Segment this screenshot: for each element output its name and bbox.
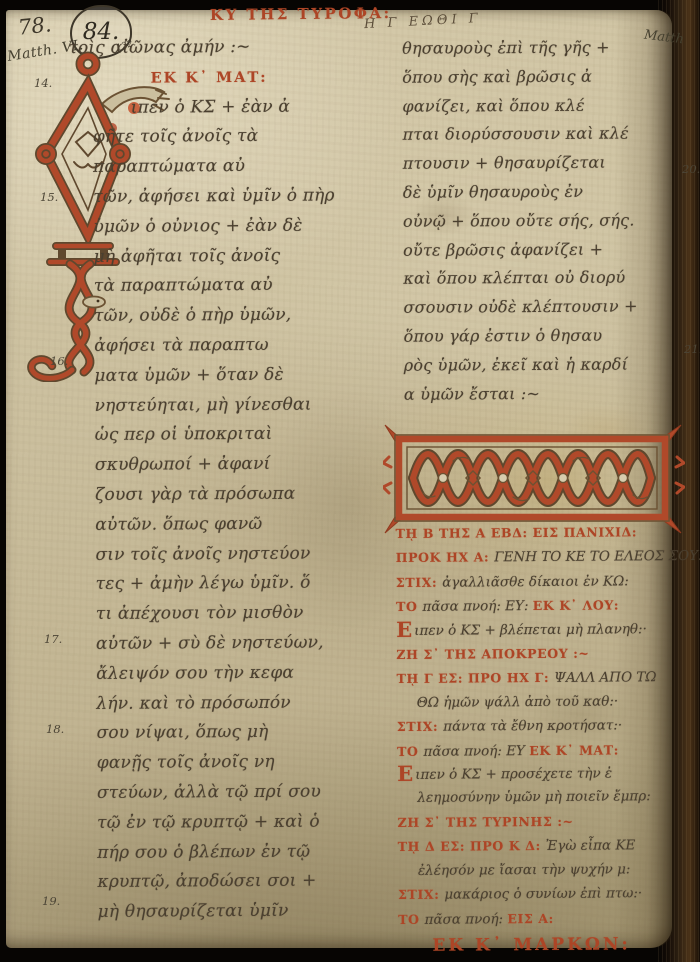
text-segment: ΕΚ Κ᾽ ΛΟΥ:	[533, 598, 619, 614]
text-line: ΕΚ Κ᾽ ΜΑΡΚΩΝ:	[398, 933, 686, 959]
right-column-lines: θησαυροὺς ἐπὶ τῆς γῆς +ὅπου σὴς καὶ βρῶσ…	[402, 33, 676, 409]
verse-number: 21.	[684, 342, 700, 356]
text-line: σσουσιν οὐδὲ κλέπτουσιν +	[403, 292, 675, 322]
text-segment: φανῇς τοῖς ἀνοῖς νη	[97, 752, 275, 773]
text-segment: δὲ ὑμῖν θησαυροὺς ἐν	[403, 182, 583, 202]
text-segment: ΣΤΙΧ:	[396, 574, 442, 589]
text-segment: σσουσιν οὐδὲ κλέπτουσιν +	[403, 297, 637, 317]
text-segment: ΕΚ Κ᾽ ΜΑΡΚΩΝ:	[432, 934, 630, 955]
text-segment: μακάριος ὁ συνίων ἐπὶ πτω:·	[444, 885, 642, 902]
text-line: σκυθρωποί + ἀφανί	[95, 449, 395, 481]
text-segment: καὶ ὅπου κλέπται οὐ διορύ	[403, 268, 625, 288]
text-segment: πται διορύσσουσιν καὶ κλέ	[402, 124, 628, 144]
text-segment: ΕΚ Κ᾽ ΜΑΤ:	[529, 742, 619, 758]
text-segment: κρυπτῷ, ἀποδώσει σοι +	[97, 871, 316, 892]
text-line: στεύων, ἀλλὰ τῷ πρί σου	[97, 777, 397, 809]
text-line: ΤΟ πᾶσα πνοή: ΕΥ: ΕΚ Κ᾽ ΛΟΥ:	[396, 593, 684, 619]
text-line: κρυπτῷ, ἀποδώσει σοι +	[97, 866, 397, 898]
text-segment: Τῌ Δ ΕΣ: ΠΡΟ Κ Δ:	[398, 838, 546, 854]
interlace-guilloche-band-icon	[383, 423, 685, 535]
text-segment: ἀγαλλιᾶσθε δίκαιοι ἐν ΚΩ:	[442, 573, 629, 590]
text-segment: τῷ ἐν τῷ κρυπτῷ + καὶ ὁ	[97, 811, 320, 832]
text-line: θησαυροὺς ἐπὶ τῆς γῆς +	[402, 33, 674, 63]
text-segment: λεημοσύνην ὑμῶν μὴ ποιεῖν ἔμπρ:	[417, 789, 650, 807]
text-segment: ὅπου γάρ ἐστιν ὁ θησαυ	[404, 326, 603, 346]
text-line: τι ἀπέχουσι τὸν μισθὸν	[96, 598, 396, 630]
text-line: φανίζει, καὶ ὅπου κλέ	[402, 91, 674, 121]
verse-number: 19.	[42, 894, 60, 908]
text-segment: ιπεν ὁ ΚΣ + βλέπεται μὴ πλανηθ:·	[414, 621, 647, 639]
text-line: ΤΟ πᾶσα πνοή: ΕΙΣ Α:	[398, 905, 686, 931]
text-line: μὴ ἀφῆται τοῖς ἀνοῖς	[94, 241, 394, 273]
manuscript-photo: 78. 84. 122. Matth. VI. Matth ΚΥ ΤΗΣ ΤΥΡ…	[0, 0, 700, 962]
lectionary-rubrics: Τῌ Β ΤΗΣ Α ΕΒΔ: ΕΙΣ ΠΑΝΙΧΙΔ:ΠΡΟΚ ΗΧ Α: Γ…	[395, 520, 686, 959]
text-line: τες + ἀμὴν λέγω ὑμῖν. ὅ	[96, 568, 396, 600]
text-segment: παραπτώματα αὐ	[93, 156, 245, 177]
text-line: ιπεν ὁ ΚΣ + ἐὰν ἀ	[93, 92, 393, 124]
text-segment: ὡς περ οἱ ὑποκριταὶ	[95, 424, 273, 445]
verse-number: 16.	[50, 354, 68, 368]
text-line: ΖΗ Σ᾽ ΤΗΣ ΑΠΟΚΡΕΟΥ :~	[396, 641, 684, 667]
text-segment: σιν τοῖς ἀνοῖς νηστεύον	[95, 543, 310, 564]
text-line: τῶν, ἀφήσει καὶ ὑμῖν ὁ πὴρ	[93, 181, 393, 213]
text-segment: ΠΡΟΚ ΗΧ Α:	[396, 550, 495, 566]
text-segment: στεύων, ἀλλὰ τῷ πρί σου	[97, 781, 321, 802]
carryover-line: τοὶς αἰῶνας ἀμήν :~	[68, 37, 250, 58]
text-segment: τὰ παραπτώματα αὐ	[94, 275, 273, 296]
text-segment: Τῌ Γ ΕΣ: ΠΡΟ ΗΧ Γ:	[397, 670, 555, 686]
text-line: Ειπεν ὁ ΚΣ + προσέχετε τὴν ἐ	[397, 762, 685, 787]
text-line: τὰ παραπτώματα αὐ	[94, 270, 394, 302]
text-line: δὲ ὑμῖν θησαυροὺς ἐν	[403, 177, 675, 207]
text-segment: πτουσιν + θησαυρίζεται	[403, 153, 606, 173]
text-segment: τες + ἀμὴν λέγω ὑμῖν. ὅ	[96, 573, 311, 594]
text-segment: ΘΩ ἡμῶν ψάλλ ἀπὸ τοῦ καθ:·	[417, 693, 619, 710]
text-segment: λήν. καὶ τὸ πρόσωπόν	[96, 692, 291, 713]
text-segment: μὴ ἀφῆται τοῖς ἀνοῖς	[94, 245, 281, 266]
text-line: ΠΡΟΚ ΗΧ Α: ΓΕΝΗ ΤΟ ΚΕ ΤΟ ΕΛΕΟΣ ΣΟΥ:·	[396, 544, 684, 570]
text-segment: μὴ θησαυρίζεται ὑμῖν	[98, 901, 289, 922]
text-line: Τῌ Δ ΕΣ: ΠΡΟ Κ Δ: Ἐγὼ εἶπα ΚΕ	[398, 833, 686, 859]
text-segment: ΖΗ Σ᾽ ΤΗΣ ΑΠΟΚΡΕΟΥ :~	[396, 646, 589, 662]
verse-number: 17.	[44, 632, 62, 646]
text-line: Τῌ Γ ΕΣ: ΠΡΟ ΗΧ Γ: ΨΑΛΛ ΑΠΟ ΤΩ	[396, 665, 684, 691]
text-segment: Ε	[396, 617, 412, 642]
text-segment: πᾶσα πνοή: ΕΥ	[423, 743, 529, 760]
text-segment: ἀφήσει τὰ παραπτω	[94, 335, 269, 356]
text-line: ΘΩ ἡμῶν ψάλλ ἀπὸ τοῦ καθ:·	[397, 690, 685, 715]
text-line: μὴ θησαυρίζεται ὑμῖν	[98, 896, 398, 928]
text-segment: ΖΗ Σ᾽ ΤΗΣ ΤΥΡΙΝΗΣ :~	[398, 814, 574, 830]
text-segment: φῆτε τοῖς ἀνοῖς τὰ	[93, 126, 258, 147]
text-segment: ιπεν ὁ ΚΣ + προσέχετε τὴν ἐ	[415, 766, 612, 783]
verse-number: 18.	[46, 722, 64, 736]
left-text-column: τοὶς αἰῶνας ἀμήν :~ ΕΚ Κ᾽ ΜΑΤ: ιπεν ὁ ΚΣ…	[92, 32, 397, 928]
text-segment: θησαυροὺς ἐπὶ τῆς γῆς +	[402, 38, 610, 58]
text-line: παραπτώματα αὐ	[93, 151, 393, 183]
text-line: α ὑμῶν ἔσται :~	[404, 379, 676, 409]
text-segment: ΣΤΙΧ:	[397, 719, 443, 734]
text-segment: τῶν, οὐδὲ ὁ πὴρ ὑμῶν,	[94, 305, 291, 326]
text-line: ρὸς ὑμῶν, ἐκεῖ καὶ ἡ καρδί	[404, 350, 676, 380]
text-line: οὐνῷ + ὅπου οὔτε σής, σής.	[403, 206, 675, 236]
text-segment: νηστεύηται, μὴ γίνεσθαι	[94, 394, 311, 415]
verse-number: 20.	[682, 162, 700, 176]
text-segment: Ε	[397, 761, 413, 786]
text-segment: αὐτῶν. ὅπως φανῶ	[95, 514, 262, 535]
text-segment: ματα ὑμῶν + ὅταν δὲ	[94, 365, 284, 386]
text-segment: ΤΟ	[397, 743, 423, 758]
text-segment: οὐνῷ + ὅπου οὔτε σής, σής.	[403, 210, 635, 230]
text-line: αὐτῶν. ὅπως φανῶ	[95, 509, 395, 541]
text-segment: ὅπου σὴς καὶ βρῶσις ἀ	[402, 67, 592, 87]
text-line: φανῇς τοῖς ἀνοῖς νη	[97, 747, 397, 779]
text-line: Ειπεν ὁ ΚΣ + βλέπεται μὴ πλανηθ:·	[396, 618, 684, 643]
text-line: ἄλειψόν σου τὴν κεφα	[96, 658, 396, 690]
text-segment: ΣΤΙΧ:	[398, 887, 444, 902]
text-segment: τῶν, ἀφήσει καὶ ὑμῖν ὁ πὴρ	[93, 185, 335, 206]
text-line: τῷ ἐν τῷ κρυπτῷ + καὶ ὁ	[97, 807, 397, 839]
text-line: ΖΗ Σ᾽ ΤΗΣ ΤΥΡΙΝΗΣ :~	[397, 809, 685, 835]
text-line: τῶν, οὐδὲ ὁ πὴρ ὑμῶν,	[94, 300, 394, 332]
text-segment: ιπεν ὁ ΚΣ + ἐὰν ἀ	[131, 96, 290, 117]
verse-number: 15.	[40, 190, 58, 204]
text-line: ΣΤΙΧ: ἀγαλλιᾶσθε δίκαιοι ἐν ΚΩ:	[396, 569, 684, 595]
text-line: ὑμῶν ὁ οὐνιος + ἐὰν δὲ	[93, 211, 393, 243]
text-segment: Τῌ Β ΤΗΣ Α ΕΒΔ:	[396, 525, 533, 541]
text-segment: ΤΟ	[398, 911, 424, 926]
right-text-column: θησαυροὺς ἐπὶ τῆς γῆς +ὅπου σὴς καὶ βρῶσ…	[402, 33, 676, 409]
text-line: σου νίψαι, ὅπως μὴ	[96, 717, 396, 749]
text-line: φῆτε τοῖς ἀνοῖς τὰ	[93, 121, 393, 153]
text-line: καὶ ὅπου κλέπται οὐ διορύ	[403, 264, 675, 294]
text-segment: ΤΟ	[396, 599, 422, 614]
text-line: ἐλέησόν με ἴασαι τὴν ψυχήν μ:	[398, 858, 686, 883]
text-line: νηστεύηται, μὴ γίνεσθαι	[94, 390, 394, 422]
text-segment: πάντα τὰ ἔθνη κροτήσατ:·	[443, 718, 622, 735]
text-segment: ΕΙΣ ΠΑΝΙΧΙΔ:	[533, 524, 638, 540]
text-line: ὅπου γάρ ἐστιν ὁ θησαυ	[404, 321, 676, 351]
text-segment: τι ἀπέχουσι τὸν μισθὸν	[96, 603, 304, 624]
folio-number: 78.	[17, 12, 53, 39]
text-segment: πᾶσα πνοή:	[425, 911, 508, 928]
text-segment: ΓΕΝΗ ΤΟ ΚΕ ΤΟ ΕΛΕΟΣ ΣΟΥ:·	[494, 548, 700, 565]
text-line: ὡς περ οἱ ὑποκριταὶ	[95, 419, 395, 451]
text-segment: ΕΙΣ Α:	[507, 910, 554, 925]
text-line: πήρ σου ὁ βλέπων ἐν τῷ	[97, 837, 397, 869]
text-segment: ρὸς ὑμῶν, ἐκεῖ καὶ ἡ καρδί	[404, 354, 628, 374]
text-segment: ζουσι γὰρ τὰ πρόσωπα	[95, 484, 295, 505]
text-segment: πήρ σου ὁ βλέπων ἐν τῷ	[97, 841, 310, 862]
text-segment: ΨΑΛΛ ΑΠΟ ΤΩ	[554, 670, 657, 687]
verse-number: 14.	[34, 76, 52, 90]
text-segment: α ὑμῶν ἔσται :~	[404, 384, 540, 404]
text-line: ΣΤΙΧ: μακάριος ὁ συνίων ἐπὶ πτω:·	[398, 881, 686, 907]
text-segment: σου νίψαι, ὅπως μὴ	[96, 722, 268, 743]
text-line: σιν τοῖς ἀνοῖς νηστεύον	[95, 539, 395, 571]
text-line: πτουσιν + θησαυρίζεται	[403, 148, 675, 178]
text-line: λήν. καὶ τὸ πρόσωπόν	[96, 688, 396, 720]
text-line: αὐτῶν + σὺ δὲ νηστεύων,	[96, 628, 396, 660]
text-segment: Ἐγὼ εἶπα ΚΕ	[546, 838, 636, 855]
text-line: οὔτε βρῶσις ἀφανίζει +	[403, 235, 675, 265]
lection-heading-matthew: ΕΚ Κ᾽ ΜΑΤ:	[92, 62, 392, 94]
left-column-lines: ιπεν ὁ ΚΣ + ἐὰν ἀφῆτε τοῖς ἀνοῖς τὰπαραπ…	[93, 92, 398, 928]
text-segment: αὐτῶν + σὺ δὲ νηστεύων,	[96, 632, 324, 653]
text-segment: ὑμῶν ὁ οὐνιος + ἐὰν δὲ	[93, 215, 302, 236]
text-line: πται διορύσσουσιν καὶ κλέ	[402, 120, 674, 150]
text-line: λεημοσύνην ὑμῶν μὴ ποιεῖν ἔμπρ:	[397, 785, 685, 810]
text-segment: φανίζει, καὶ ὅπου κλέ	[402, 95, 584, 115]
text-segment: πᾶσα πνοή: ΕΥ:	[422, 598, 532, 615]
text-segment: σκυθρωποί + ἀφανί	[95, 454, 271, 475]
text-line: ματα ὑμῶν + ὅταν δὲ	[94, 360, 394, 392]
text-segment: ἄλειψόν σου τὴν κεφα	[96, 662, 294, 683]
text-segment: οὔτε βρῶσις ἀφανίζει +	[403, 239, 603, 259]
text-line: Τῌ Β ΤΗΣ Α ΕΒΔ: ΕΙΣ ΠΑΝΙΧΙΔ:	[395, 520, 683, 546]
text-line: ἀφήσει τὰ παραπτω	[94, 330, 394, 362]
text-line: ζουσι γὰρ τὰ πρόσωπα	[95, 479, 395, 511]
text-line: ὅπου σὴς καὶ βρῶσις ἀ	[402, 62, 674, 92]
text-segment: ἐλέησόν με ἴασαι τὴν ψυχήν μ:	[418, 861, 631, 878]
text-line: ΣΤΙΧ: πάντα τὰ ἔθνη κροτήσατ:·	[397, 713, 685, 739]
text-line: ΤΟ πᾶσα πνοή: ΕΥ ΕΚ Κ᾽ ΜΑΤ:	[397, 738, 685, 764]
